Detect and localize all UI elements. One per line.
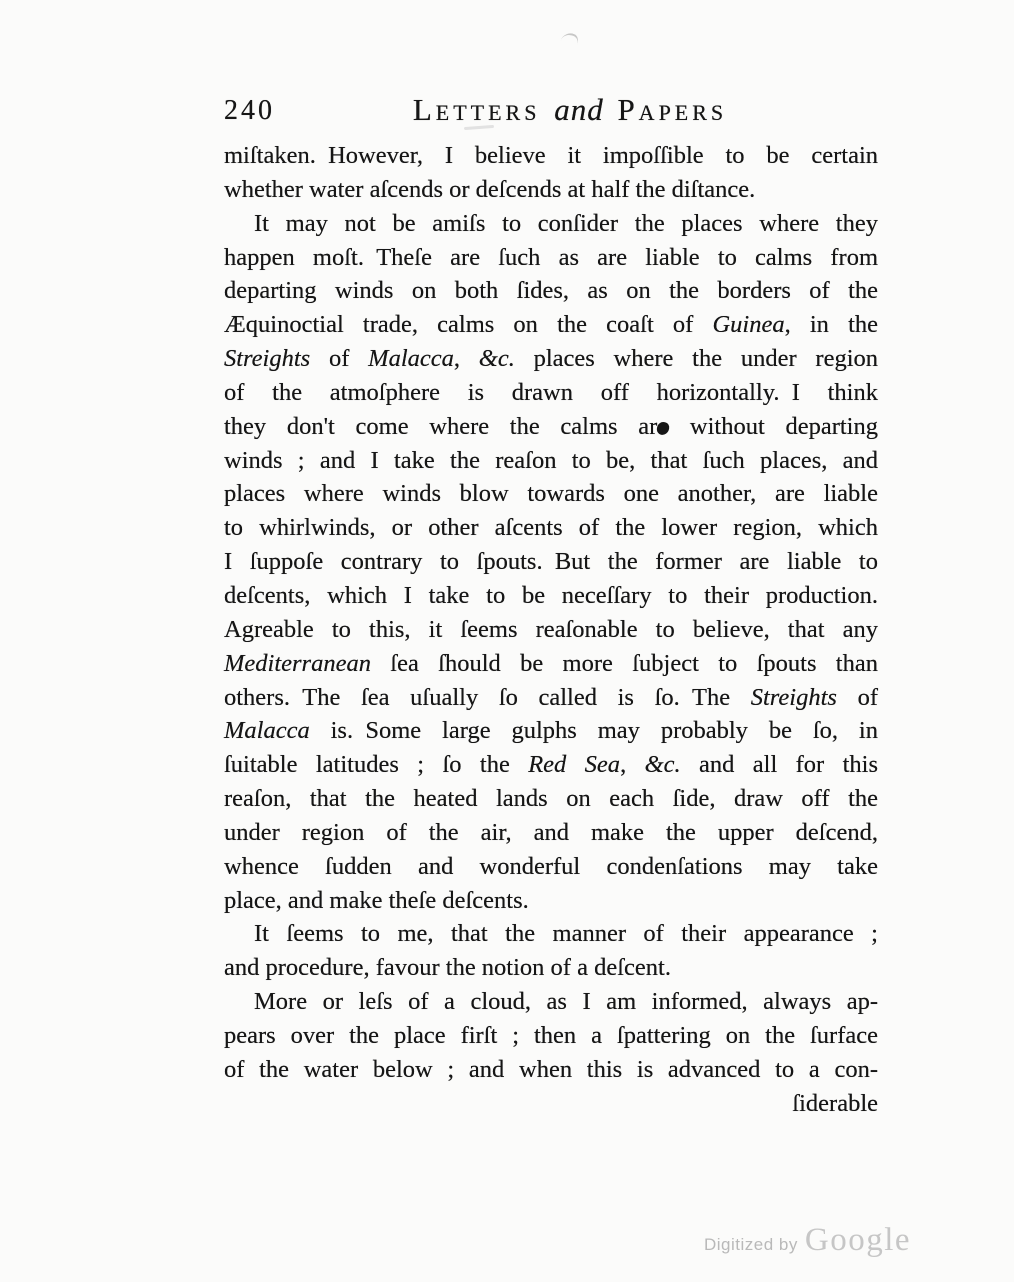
text-line: of the atmoſphere is drawn off horizonta…: [224, 376, 878, 410]
text-line: to whirlwinds, or other aſcents of the l…: [224, 511, 878, 545]
text-segment: ſuitable latitudes ; ſo the: [224, 751, 528, 778]
text-line: places where winds blow towards one anot…: [224, 477, 878, 511]
page-header: 240 Letters and Papers: [224, 92, 878, 126]
text-line: Malacca is. Some large gulphs may probab…: [224, 714, 878, 748]
text-line: Agreable to this, it ſeems reaſonable to…: [224, 613, 878, 647]
text-segment: ſiderable: [792, 1090, 878, 1117]
text-segment: Agreable to this, it ſeems reaſonable to…: [224, 616, 878, 643]
text-line: they don't come where the calms ar witho…: [224, 410, 878, 444]
text-line: More or leſs of a cloud, as I am informe…: [224, 985, 878, 1019]
running-title: Letters and Papers: [224, 92, 878, 128]
text-segment: Mediterranean: [224, 650, 371, 677]
text-segment: place, and make theſe deſcents.: [224, 887, 529, 914]
text-line: place, and make theſe deſcents.: [224, 884, 878, 918]
text-segment: Malacca: [368, 345, 454, 372]
text-line: I ſuppoſe contrary to ſpouts. But the fo…: [224, 545, 878, 579]
text-line: Streights of Malacca, &c. places where t…: [224, 342, 878, 376]
text-segment: Red Sea: [528, 751, 620, 778]
text-line: whether water aſcends or deſcends at hal…: [224, 173, 878, 207]
text-segment: and procedure, favour the notion of a de…: [224, 954, 671, 981]
text-segment: whence ſudden and wonderful condenſation…: [224, 853, 878, 880]
text-segment: happen moſt. Theſe are ſuch as are liabl…: [224, 244, 878, 271]
text-line: ſiderable: [224, 1087, 878, 1121]
google-watermark: Digitized by Google: [704, 1222, 911, 1259]
text-segment: deſcents, which I take to be neceſſary t…: [224, 582, 878, 609]
text-line: winds ; and I take the reaſon to be, tha…: [224, 444, 878, 478]
running-title-word: Letters: [413, 92, 541, 127]
text-segment: ,: [454, 345, 479, 372]
text-segment: ſea ſhould be more ſubject to ſpouts tha…: [371, 650, 878, 677]
text-segment: departing winds on both ſides, as on the…: [224, 277, 878, 304]
text-segment: places where winds blow towards one anot…: [224, 480, 878, 507]
text-segment: of: [310, 345, 368, 372]
text-line: of the water below ; and when this is ad…: [224, 1053, 878, 1087]
text-segment: It may not be amiſs to conſider the plac…: [254, 210, 878, 237]
text-segment: Guinea: [712, 311, 784, 338]
page-text-block: miſtaken. However, I believe it impoſſib…: [224, 139, 878, 1120]
text-segment: It ſeems to me, that the manner of their…: [254, 920, 878, 947]
text-segment: Malacca: [224, 717, 310, 744]
text-line: departing winds on both ſides, as on the…: [224, 274, 878, 308]
text-segment: is. Some large gulphs may probably be ſo…: [310, 717, 878, 744]
text-segment: Streights: [751, 684, 837, 711]
google-logo: Google: [805, 1222, 911, 1259]
text-segment: , in the: [785, 311, 878, 338]
text-segment: others. The ſea uſually ſo called is ſo.…: [224, 684, 751, 711]
text-line: It ſeems to me, that the manner of their…: [224, 917, 878, 951]
scanned-book-page: 240 Letters and Papers miſtaken. However…: [0, 0, 1014, 1282]
scan-artifact-squiggle: [561, 30, 581, 47]
text-line: under region of the air, and make the up…: [224, 816, 878, 850]
digitized-by-label: Digitized by: [704, 1235, 798, 1255]
text-segment: &c.: [479, 345, 515, 372]
text-segment: reaſon, that the heated lands on each ſi…: [224, 785, 878, 812]
text-segment: I ſuppoſe contrary to ſpouts. But the fo…: [224, 548, 878, 575]
text-line: It may not be amiſs to conſider the plac…: [224, 207, 878, 241]
text-line: miſtaken. However, I believe it impoſſib…: [224, 139, 878, 173]
text-segment: whether water aſcends or deſcends at hal…: [224, 176, 755, 203]
text-segment: Æquinoctial trade, calms on the coaſt of: [224, 311, 712, 338]
text-segment: of: [837, 684, 878, 711]
text-line: Æquinoctial trade, calms on the coaſt of…: [224, 308, 878, 342]
text-segment: and all for this: [681, 751, 878, 778]
text-segment: of the atmoſphere is drawn off horizonta…: [224, 379, 878, 406]
text-segment: to whirlwinds, or other aſcents of the l…: [224, 514, 878, 541]
text-segment: Streights: [224, 345, 310, 372]
text-segment: of the water below ; and when this is ad…: [224, 1056, 878, 1083]
text-line: Mediterranean ſea ſhould be more ſubject…: [224, 647, 878, 681]
text-line: whence ſudden and wonderful condenſation…: [224, 850, 878, 884]
text-segment: &c.: [645, 751, 681, 778]
text-line: others. The ſea uſually ſo called is ſo.…: [224, 681, 878, 715]
text-segment: More or leſs of a cloud, as I am informe…: [254, 988, 878, 1015]
text-segment: under region of the air, and make the up…: [224, 819, 878, 846]
text-line: ſuitable latitudes ; ſo the Red Sea, &c.…: [224, 748, 878, 782]
text-line: reaſon, that the heated lands on each ſi…: [224, 782, 878, 816]
text-line: deſcents, which I take to be neceſſary t…: [224, 579, 878, 613]
text-line: happen moſt. Theſe are ſuch as are liabl…: [224, 241, 878, 275]
text-segment: they don't come where the calms ar: [224, 413, 657, 440]
text-line: and procedure, favour the notion of a de…: [224, 951, 878, 985]
text-segment: pears over the place firſt ; then a ſpat…: [224, 1022, 878, 1049]
text-segment: places where the under region: [515, 345, 878, 372]
running-title-word: Papers: [617, 92, 727, 127]
text-segment: without departing: [669, 413, 878, 440]
text-segment: ,: [620, 751, 645, 778]
text-line: pears over the place firſt ; then a ſpat…: [224, 1019, 878, 1053]
text-segment: miſtaken. However, I believe it impoſſib…: [224, 142, 878, 169]
text-segment: winds ; and I take the reaſon to be, tha…: [224, 447, 878, 474]
running-title-word: and: [554, 92, 604, 127]
